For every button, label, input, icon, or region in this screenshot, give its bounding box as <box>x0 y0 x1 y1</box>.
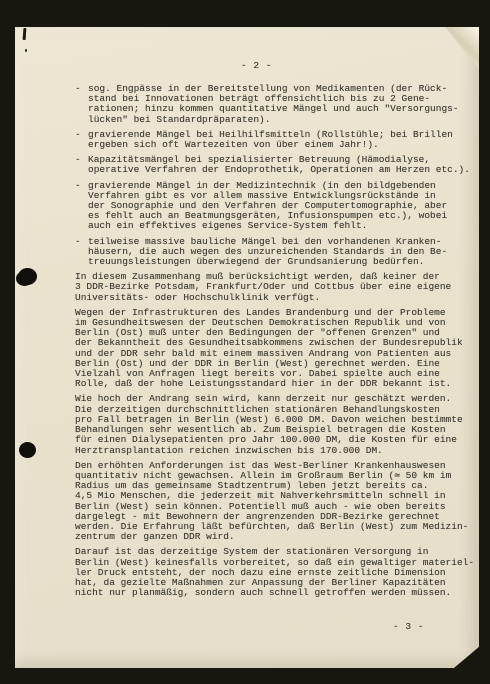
page-number-top: - 2 - <box>241 60 272 71</box>
bullet-item-medikamente: - sog. Engpässe in der Bereitstellung vo… <box>75 84 477 125</box>
document-page: - 2 - - sog. Engpässe in der Bereitstell… <box>15 27 479 668</box>
pen-dot <box>25 49 27 52</box>
bullet-item-bauliche-maengel: - teilweise massive bauliche Mängel bei … <box>75 237 477 268</box>
bullet-marker: - <box>75 155 88 175</box>
scan-background: - 2 - - sog. Engpässe in der Bereitstell… <box>0 0 490 684</box>
paragraph-versorgungssystem: Darauf ist das derzeitige System der sta… <box>75 547 477 598</box>
paragraph-anforderungen: Den erhöhten Anforderungen ist das West-… <box>75 461 477 543</box>
bullet-text: sog. Engpässe in der Bereitstellung von … <box>88 84 459 125</box>
hole-punch-bottom-icon <box>19 442 36 458</box>
page-number-bottom: - 3 - <box>393 621 424 632</box>
pen-mark <box>23 28 27 40</box>
bullet-item-kapazitaetsmaengel: - Kapazitätsmängel bei spezialisierter B… <box>75 155 477 175</box>
bullet-text: teilweise massive bauliche Mängel bei de… <box>88 237 447 268</box>
paragraph-behandlungskosten: Wie hoch der Andrang sein wird, kann der… <box>75 394 477 455</box>
document-body: - sog. Engpässe in der Bereitstellung vo… <box>75 84 477 603</box>
bullet-marker: - <box>75 181 88 232</box>
bullet-text: gravierende Mängel bei Heilhilfsmitteln … <box>88 130 453 150</box>
bullet-marker: - <box>75 130 88 150</box>
bullet-text: Kapazitätsmängel bei spezialisierter Bet… <box>88 155 470 175</box>
bullet-marker: - <box>75 84 88 125</box>
bullet-marker: - <box>75 237 88 268</box>
bullet-item-medizintechnik: - gravierende Mängel in der Medizintechn… <box>75 181 477 232</box>
paper-corner-fold <box>445 27 479 69</box>
paragraph-infrastrukturen: Wegen der Infrastrukturen des Landes Bra… <box>75 308 477 390</box>
bullet-text: gravierende Mängel in der Medizintechnik… <box>88 181 447 232</box>
paragraph-zusammenhang: In diesem Zusammenhang muß berücksichtig… <box>75 272 477 303</box>
hole-punch-top-icon <box>18 268 37 285</box>
bullet-item-heilhilfsmittel: - gravierende Mängel bei Heilhilfsmittel… <box>75 130 477 150</box>
